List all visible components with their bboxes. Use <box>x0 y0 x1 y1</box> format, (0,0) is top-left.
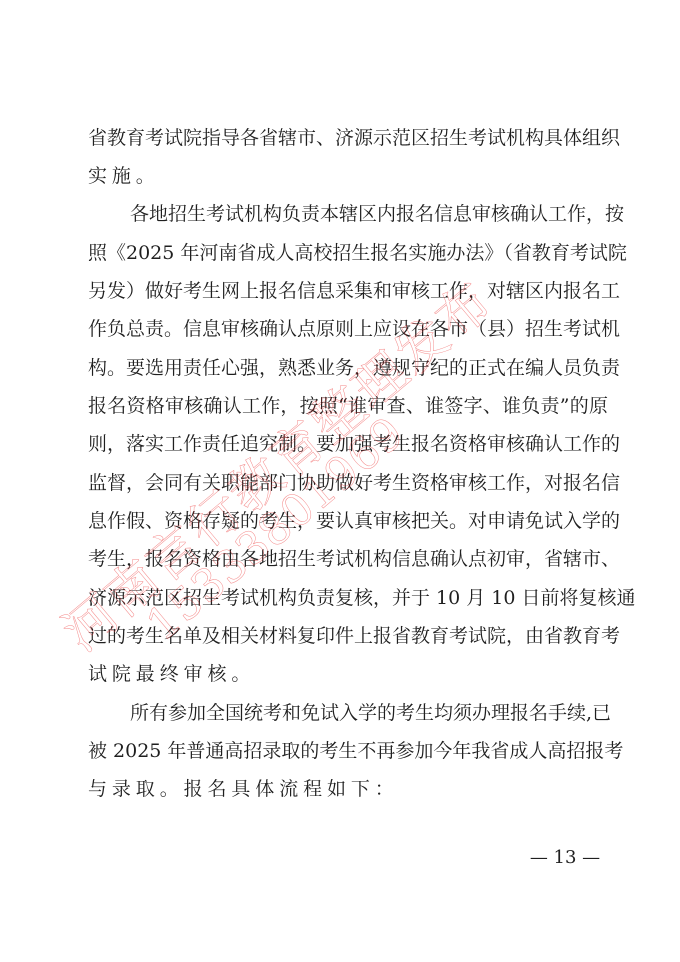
text-line: 息作假、资格存疑的考生，要认真审核把关。对申请免试入学的 <box>88 506 608 536</box>
text-line: 监督，会同有关职能部门协助做好考生资格审核工作，对报名信 <box>88 468 608 498</box>
text-line: 则，落实工作责任追究制。要加强考生报名资格审核确认工作的 <box>88 429 608 459</box>
text-line: 被 2025 年普通高招录取的考生不再参加今年我省成人高招报考 <box>88 736 608 766</box>
text-line: 另发）做好考生网上报名信息采集和审核工作，对辖区内报名工 <box>88 276 608 306</box>
text-line: 报名资格审核确认工作，按照“谁审查、谁签字、谁负责”的原 <box>88 391 608 421</box>
text-line: 济源示范区招生考试机构负责复核，并于 10 月 10 日前将复核通 <box>88 583 608 613</box>
text-line: 与录取。报名具体流程如下： <box>88 774 608 804</box>
text-line: 构。要选用责任心强，熟悉业务，遵规守纪的正式在编人员负责 <box>88 353 608 383</box>
text-line: 作负总责。信息审核确认点原则上应设在各市（县）招生考试机 <box>88 314 608 344</box>
text-line: 照《2025 年河南省成人高校招生报名实施办法》（省教育考试院 <box>88 238 608 268</box>
text-line: 考生，报名资格由各地招生考试机构信息确认点初审，省辖市、 <box>88 544 608 574</box>
text-line: 省教育考试院指导各省辖市、济源示范区招生考试机构具体组织 <box>88 123 608 153</box>
page-number: — 13 — <box>520 844 610 872</box>
text-line: 试院最终审核。 <box>88 659 608 689</box>
paragraph-start-line: 所有参加全国统考和免试入学的考生均须办理报名手续,已 <box>130 698 608 728</box>
paragraph-start-line: 各地招生考试机构负责本辖区内报名信息审核确认工作，按 <box>130 199 608 229</box>
document-page: 省教育考试院指导各省辖市、济源示范区招生考试机构具体组织 实施。 各地招生考试机… <box>0 0 680 962</box>
text-line: 实施。 <box>88 161 608 191</box>
text-line: 过的考生名单及相关材料复印件上报省教育考试院，由省教育考 <box>88 621 608 651</box>
